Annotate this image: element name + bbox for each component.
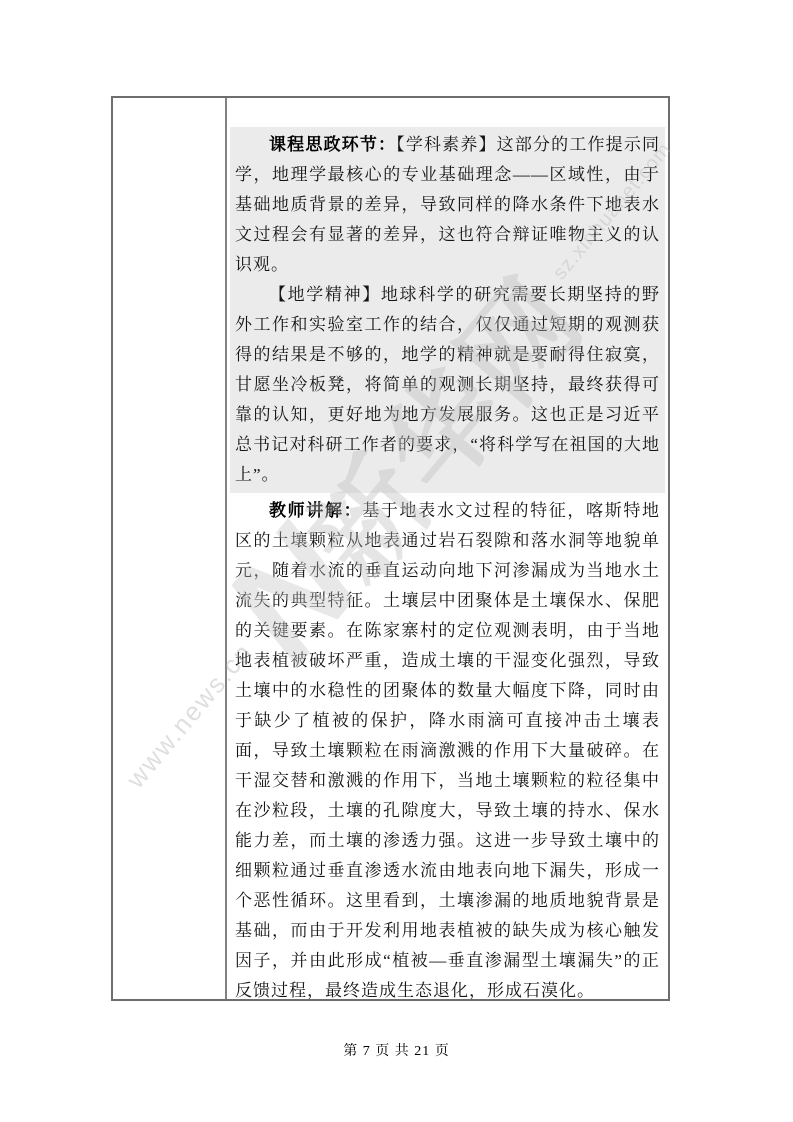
teacher-explanation-label: 教师讲解： xyxy=(269,501,362,520)
ideology-paragraph-1: 课程思政环节：【学科素养】这部分的工作提示同学，地理学最核心的专业基础理念——区… xyxy=(235,130,660,280)
ideology-paragraph-1-text: 【学科素养】这部分的工作提示同学，地理学最核心的专业基础理念——区域性，由于基础… xyxy=(235,135,660,274)
lesson-plan-table: 课程思政环节：【学科素养】这部分的工作提示同学，地理学最核心的专业基础理念——区… xyxy=(111,96,670,1001)
table-cell-left-empty xyxy=(113,98,227,999)
ideology-paragraph-2-text: 【地学精神】地球科学的研究需要长期坚持的野外工作和实验室工作的结合，仅仅通过短期… xyxy=(235,285,660,484)
ideology-section-label: 课程思政环节： xyxy=(269,135,396,154)
teacher-explanation-paragraph: 教师讲解：基于地表水文过程的特征，喀斯特地区的土壤颗粒从地表通过岩石裂隙和落水洞… xyxy=(235,496,660,999)
table-cell-content: 课程思政环节：【学科素养】这部分的工作提示同学，地理学最核心的专业基础理念——区… xyxy=(227,98,668,999)
ideology-section: 课程思政环节：【学科素养】这部分的工作提示同学，地理学最核心的专业基础理念——区… xyxy=(230,127,665,493)
document-page: 课程思政环节：【学科素养】这部分的工作提示同学，地理学最核心的专业基础理念——区… xyxy=(0,0,793,1122)
page-number-footer: 第 7 页 共 21 页 xyxy=(0,1040,793,1060)
teacher-explanation-text: 基于地表水文过程的特征，喀斯特地区的土壤颗粒从地表通过岩石裂隙和落水洞等地貌单元… xyxy=(235,501,660,999)
ideology-paragraph-2: 【地学精神】地球科学的研究需要长期坚持的野外工作和实验室工作的结合，仅仅通过短期… xyxy=(235,280,660,490)
teacher-explanation-section: 教师讲解：基于地表水文过程的特征，喀斯特地区的土壤颗粒从地表通过岩石裂隙和落水洞… xyxy=(230,493,665,999)
